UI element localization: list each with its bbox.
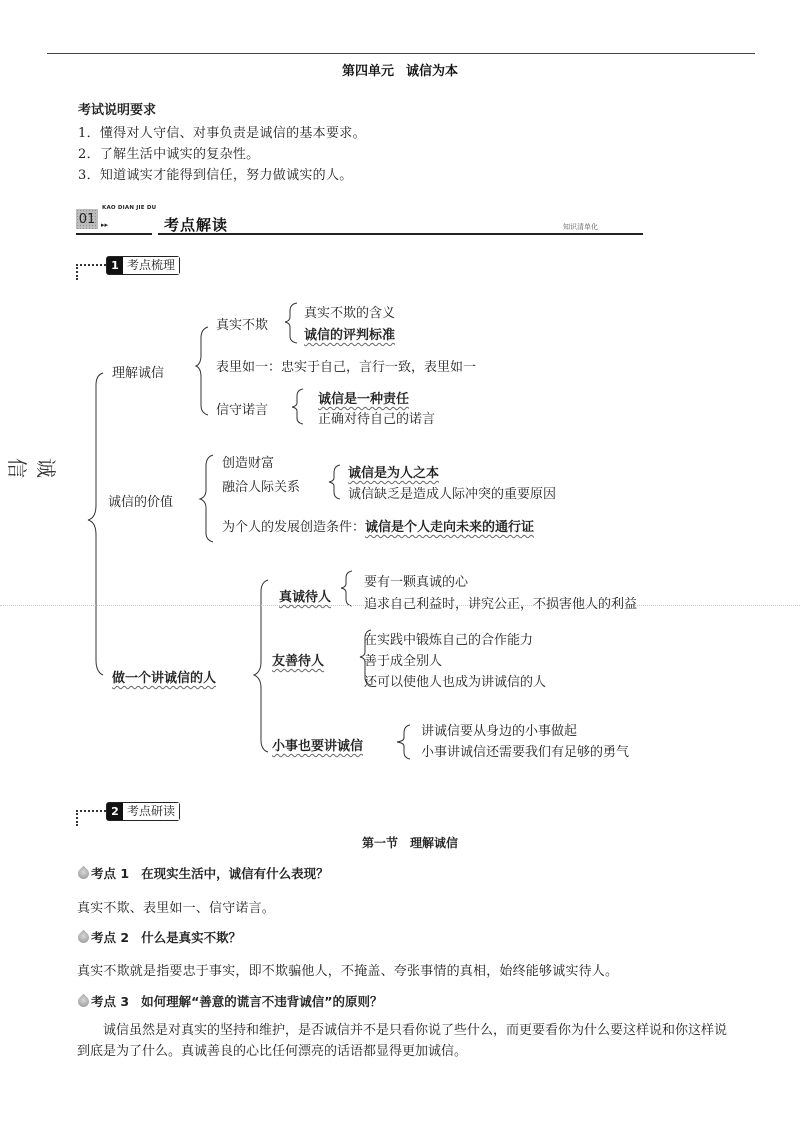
- keypoint-title: 考点 1 在现实生活中，诚信有什么表现？: [77, 864, 329, 882]
- leaf-emphasis: 诚信是个人走向未来的通行证: [365, 520, 534, 535]
- unit-label: 第四单元: [342, 64, 394, 79]
- requirements-heading: 考试说明要求: [78, 99, 156, 118]
- keypoint-label: 考点 3: [91, 992, 129, 1010]
- section-heading: 第一节理解诚信: [0, 834, 800, 851]
- banner-pinyin: KAO DIAN JIE DU: [102, 205, 156, 211]
- tag-number: 1: [107, 257, 123, 274]
- banner-note: 知识清单化: [563, 222, 598, 232]
- drop-icon: [77, 929, 90, 946]
- requirement-item: 2．了解生活中诚实的复杂性。: [78, 143, 259, 162]
- branch-understand: 理解诚信: [112, 362, 164, 381]
- mindmap-root-label: 诚信为本: [0, 458, 62, 480]
- section-number: 第一节: [362, 836, 398, 850]
- leaf: 善于成全别人: [364, 650, 442, 669]
- keypoint-title: 考点 2 什么是真实不欺？: [77, 928, 241, 946]
- unit-title: 诚信为本: [406, 64, 458, 79]
- drop-icon: [77, 865, 90, 882]
- node-sincere: 真诚待人: [279, 586, 331, 605]
- branch-be-honest: 做一个讲诚信的人: [112, 667, 216, 686]
- keypoint-title: 考点 3 如何理解“善意的谎言不违背诚信”的原则？: [77, 992, 383, 1010]
- banner-rule: [158, 233, 643, 235]
- leaf: 小事讲诚信还需要我们有足够的勇气: [421, 741, 629, 760]
- section-title: 理解诚信: [410, 836, 458, 850]
- branch-value: 诚信的价值: [108, 491, 173, 510]
- tag-label: 考点梳理: [123, 257, 179, 274]
- node-truthful: 真实不欺: [216, 314, 268, 333]
- node-development-prefix: 为个人的发展创造条件：: [222, 520, 365, 535]
- tag-connector: [76, 810, 106, 826]
- keypoint-answer: 诚信虽然是对真实的坚持和维护，是否诚信并不是只看你说了些什么，而更要看你为什么要…: [77, 1020, 737, 1062]
- leaf: 要有一颗真诚的心: [364, 571, 468, 590]
- double-arrow-icon: ▸▸: [101, 221, 108, 229]
- node-promise: 信守诺言: [216, 399, 268, 418]
- banner-rule: [76, 233, 152, 235]
- tag-number: 2: [107, 803, 123, 820]
- keypoint-label: 考点 2: [91, 928, 129, 946]
- page-title: 第四单元诚信为本: [0, 60, 800, 79]
- tag-review: 1 考点梳理: [106, 256, 180, 275]
- node-development: 为个人的发展创造条件：诚信是个人走向未来的通行证: [222, 516, 534, 535]
- keypoint-question: 什么是真实不欺？: [141, 928, 241, 946]
- leaf-emphasis: 诚信的评判标准: [304, 324, 395, 343]
- leaf: 在实践中锻炼自己的合作能力: [364, 629, 533, 648]
- node-relations: 融洽人际关系: [222, 476, 300, 495]
- leaf-emphasis: 诚信是一种责任: [318, 388, 409, 407]
- keypoint-answer: 真实不欺、表里如一、信守诺言。: [77, 897, 275, 916]
- node-friendly: 友善待人: [272, 650, 324, 669]
- tag-study: 2 考点研读: [106, 802, 180, 821]
- leaf: 还可以使他人也成为讲诚信的人: [364, 671, 546, 690]
- mindmap-root: 诚信为本: [30, 458, 70, 548]
- keypoint-question: 在现实生活中，诚信有什么表现？: [141, 864, 329, 882]
- leaf: 追求自己利益时，讲究公正，不损害他人的利益: [364, 593, 637, 612]
- node-wealth: 创造财富: [222, 452, 274, 471]
- banner-title: 考点解读: [164, 214, 228, 235]
- leaf: 正确对待自己的诺言: [318, 408, 435, 427]
- drop-icon: [77, 993, 90, 1010]
- leaf: 诚信缺乏是造成人际冲突的重要原因: [348, 483, 556, 502]
- node-consistent: 表里如一：忠实于自己，言行一致，表里如一: [216, 356, 476, 375]
- keypoint-question: 如何理解“善意的谎言不违背诚信”的原则？: [141, 992, 382, 1010]
- top-rule: [47, 53, 755, 54]
- leaf: 真实不欺的含义: [304, 302, 395, 321]
- tag-label: 考点研读: [123, 803, 179, 820]
- requirement-item: 3．知道诚实才能得到信任，努力做诚实的人。: [78, 164, 353, 183]
- tag-connector: [76, 264, 106, 280]
- requirement-item: 1．懂得对人守信、对事负责是诚信的基本要求。: [78, 122, 366, 141]
- leaf: 讲诚信要从身边的小事做起: [421, 720, 577, 739]
- keypoint-answer: 真实不欺就是指要忠于事实，即不欺骗他人，不掩盖、夸张事情的真相，始终能够诚实待人…: [77, 960, 618, 979]
- node-small-things: 小事也要讲诚信: [272, 735, 363, 754]
- leaf-emphasis: 诚信是为人之本: [348, 462, 439, 481]
- keypoint-label: 考点 1: [91, 864, 129, 882]
- banner-number: 01: [76, 209, 98, 229]
